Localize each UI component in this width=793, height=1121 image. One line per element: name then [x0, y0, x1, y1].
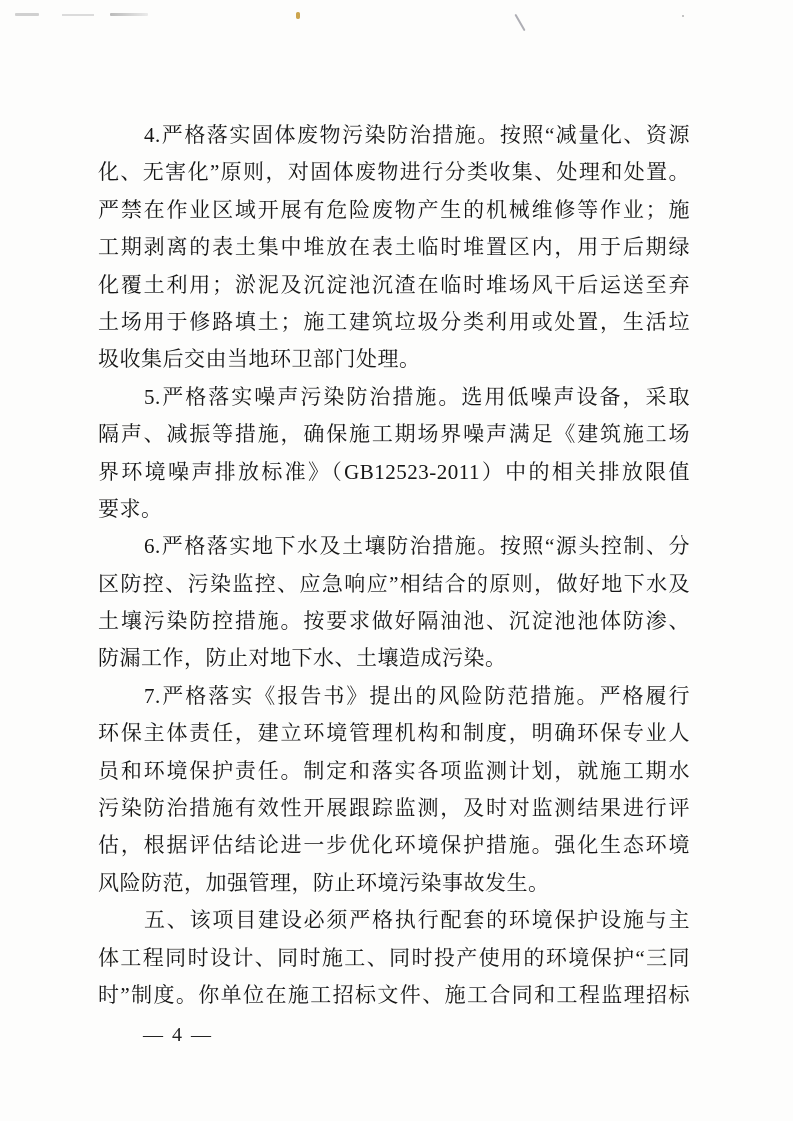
text-line: 污染防治措施有效性开展跟踪监测，及时对监测结果进行评	[98, 790, 690, 827]
scan-artifact-speck	[682, 15, 684, 17]
text-line: 环保主体责任，建立环境管理机构和制度，明确环保专业人	[98, 715, 690, 752]
text-line: 7.严格落实《报告书》提出的风险防范措施。严格履行	[98, 678, 690, 715]
scan-artifact-smudge	[110, 13, 148, 16]
text-line: 5.严格落实噪声污染防治措施。选用低噪声设备，采取	[98, 379, 690, 416]
text-line: 五、该项目建设必须严格执行配套的环境保护设施与主	[98, 902, 690, 939]
text-line: 化、无害化”原则，对固体废物进行分类收集、处理和处置。	[98, 154, 690, 191]
text-line: 6.严格落实地下水及土壤防治措施。按照“源头控制、分	[98, 528, 690, 565]
text-line: 防漏工作，防止对地下水、土壤造成污染。	[98, 640, 690, 677]
text-line: 员和环境保护责任。制定和落实各项监测计划，就施工期水	[98, 753, 690, 790]
text-line: 风险防范，加强管理，防止环境污染事故发生。	[98, 865, 690, 902]
text-line: 化覆土利用；淤泥及沉淀池沉渣在临时堆场风干后运送至弃	[98, 267, 690, 304]
scan-artifact-dot	[296, 12, 300, 19]
text-line: 时”制度。你单位在施工招标文件、施工合同和工程监理招标	[98, 977, 690, 1014]
text-line: 土壤污染防控措施。按要求做好隔油池、沉淀池池体防渗、	[98, 603, 690, 640]
text-line: 工期剥离的表土集中堆放在表土临时堆置区内，用于后期绿	[98, 229, 690, 266]
text-line: 区防控、污染监控、应急响应”相结合的原则，做好地下水及	[98, 566, 690, 603]
text-line: 估，根据评估结论进一步优化环境保护措施。强化生态环境	[98, 827, 690, 864]
text-line: 要求。	[98, 491, 690, 528]
text-line: 圾收集后交由当地环卫部门处理。	[98, 341, 690, 378]
text-line: 4.严格落实固体废物污染防治措施。按照“减量化、资源	[98, 117, 690, 154]
scan-artifact-smudge	[15, 13, 39, 16]
page-number: — 4 —	[143, 1023, 213, 1047]
text-line: 体工程同时设计、同时施工、同时投产使用的环境保护“三同	[98, 940, 690, 977]
text-line: 土场用于修路填土；施工建筑垃圾分类利用或处置，生活垃	[98, 304, 690, 341]
text-line: 严禁在作业区域开展有危险废物产生的机械维修等作业；施	[98, 192, 690, 229]
scan-artifact-smudge	[62, 14, 94, 16]
document-body: 4.严格落实固体废物污染防治措施。按照“减量化、资源 化、无害化”原则，对固体废…	[98, 117, 690, 1014]
text-line: 隔声、减振等措施，确保施工期场界噪声满足《建筑施工场	[98, 416, 690, 453]
document-page: 4.严格落实固体废物污染防治措施。按照“减量化、资源 化、无害化”原则，对固体废…	[0, 0, 793, 1121]
text-line: 界环境噪声排放标准》（GB12523-2011）中的相关排放限值	[98, 454, 690, 491]
scan-artifact-pen-stroke	[514, 14, 525, 31]
